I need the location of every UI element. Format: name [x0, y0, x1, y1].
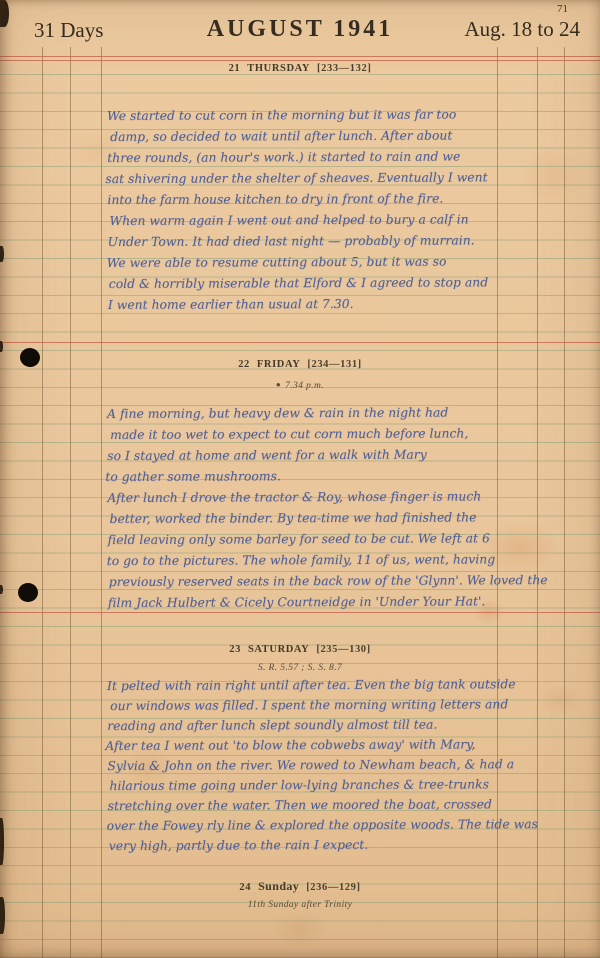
sunrise-sunset-times: S. R. 5.57 ; S. S. 8.7	[258, 663, 342, 673]
entry-header-thursday: 21THURSDAY[233—132]	[0, 63, 600, 74]
diary-page-scan: 71 31 Days AUGUST 1941 Aug. 18 to 24 21T…	[0, 0, 600, 958]
handwriting-line: sat shivering under the shelter of sheav…	[105, 167, 507, 190]
handwriting-line: to gather some mushrooms.	[105, 465, 507, 488]
handwriting-line: better, worked the binder. By tea-time w…	[109, 507, 507, 530]
handwriting-line: I went home earlier than usual at 7.30.	[108, 293, 508, 316]
handwriting-line: We started to cut corn in the morning bu…	[107, 104, 507, 127]
handwriting-line: We were able to resume cutting about 5, …	[107, 251, 508, 274]
punch-hole	[18, 583, 38, 602]
day-number: 21	[229, 63, 241, 74]
week-range-label: Aug. 18 to 24	[465, 17, 581, 42]
day-number: 24	[239, 882, 251, 893]
day-number: 23	[229, 644, 241, 655]
handwriting-line: A fine morning, but heavy dew & rain in …	[107, 402, 507, 425]
day-name: THURSDAY	[247, 63, 310, 74]
sunrise-sunset-row: S. R. 5.57 ; S. S. 8.7	[0, 663, 600, 673]
handwriting-line: so I stayed at home and went for a walk …	[107, 444, 507, 467]
handwriting-line: previously reserved seats in the back ro…	[109, 570, 508, 593]
moon-phase-time: 7.34 p.m.	[285, 381, 324, 391]
moon-phase-row: ●7.34 p.m.	[0, 380, 600, 391]
handwriting-line: over the Fowey rly line & explored the o…	[107, 814, 508, 836]
handwriting-line: our windows was filled. I spent the morn…	[110, 694, 507, 716]
handwriting-line: to go to the pictures. The whole family,…	[107, 549, 508, 572]
column-rule	[42, 47, 43, 958]
section-red-rule	[0, 342, 600, 343]
handwriting-line: hilarious time going under low-lying bra…	[109, 774, 507, 796]
day-of-year-count: [234—131]	[307, 359, 361, 370]
handwritten-entry-saturday: It pelted with rain right until after te…	[107, 674, 508, 856]
handwriting-line: field leaving only some barley for seed …	[108, 528, 508, 551]
header-red-rule	[0, 56, 600, 57]
day-number: 22	[238, 359, 250, 370]
day-of-year-count: [233—132]	[317, 63, 371, 74]
trinity-sunday-label: 11th Sunday after Trinity	[248, 900, 353, 910]
entry-header-saturday: 23SATURDAY[235—130]	[0, 644, 600, 655]
page-number: 71	[557, 3, 568, 15]
day-of-year-count: [236—129]	[306, 882, 360, 893]
handwritten-entry-friday: A fine morning, but heavy dew & rain in …	[107, 402, 508, 614]
scan-edge-mark	[0, 246, 4, 262]
scan-edge-mark	[0, 585, 3, 594]
handwriting-line: stretching over the water. Then we moore…	[108, 794, 508, 816]
handwriting-line: made it too wet to expect to cut corn mu…	[110, 423, 507, 446]
handwriting-line: cold & horribly miserable that Elford & …	[109, 272, 508, 295]
day-name: FRIDAY	[257, 359, 300, 370]
handwriting-line: film Jack Hulbert & Cicely Courtneidge i…	[108, 591, 508, 614]
entry-header-friday: 22FRIDAY[234—131]	[0, 359, 600, 370]
day-name: Sunday	[258, 879, 299, 893]
handwriting-line: After lunch I drove the tractor & Roy, w…	[107, 486, 507, 509]
handwriting-line: Under Town. It had died last night — pro…	[108, 230, 508, 253]
header-red-rule	[0, 60, 600, 61]
handwriting-line: into the farm house kitchen to dry in fr…	[107, 188, 507, 211]
handwriting-line: When warm again I went out and helped to…	[109, 209, 507, 232]
column-rule	[70, 47, 71, 958]
handwriting-line: reading and after lunch slept soundly al…	[107, 714, 507, 736]
scan-edge-mark	[0, 341, 3, 352]
new-moon-icon: ●	[276, 380, 281, 389]
column-rule	[564, 47, 565, 958]
handwriting-line: very high, partly due to the rain I expe…	[109, 834, 508, 856]
entry-header-sunday: 24Sunday[236—129]	[0, 879, 600, 894]
handwriting-line: three rounds, (an hour's work.) it start…	[107, 146, 507, 169]
handwriting-line: After tea I went out 'to blow the cobweb…	[105, 734, 507, 756]
trinity-sunday-row: 11th Sunday after Trinity	[0, 900, 600, 910]
handwriting-line: Sylvia & John on the river. We rowed to …	[107, 754, 507, 776]
handwriting-line: damp, so decided to wait until after lun…	[110, 125, 507, 148]
handwritten-entry-thursday: We started to cut corn in the morning bu…	[107, 104, 508, 316]
scan-edge-mark	[0, 897, 5, 934]
handwriting-line: It pelted with rain right until after te…	[107, 674, 507, 696]
day-of-year-count: [235—130]	[316, 644, 370, 655]
scan-edge-mark	[0, 0, 9, 27]
day-name: SATURDAY	[248, 644, 309, 655]
column-rule	[101, 47, 102, 958]
scan-edge-mark	[0, 818, 4, 865]
